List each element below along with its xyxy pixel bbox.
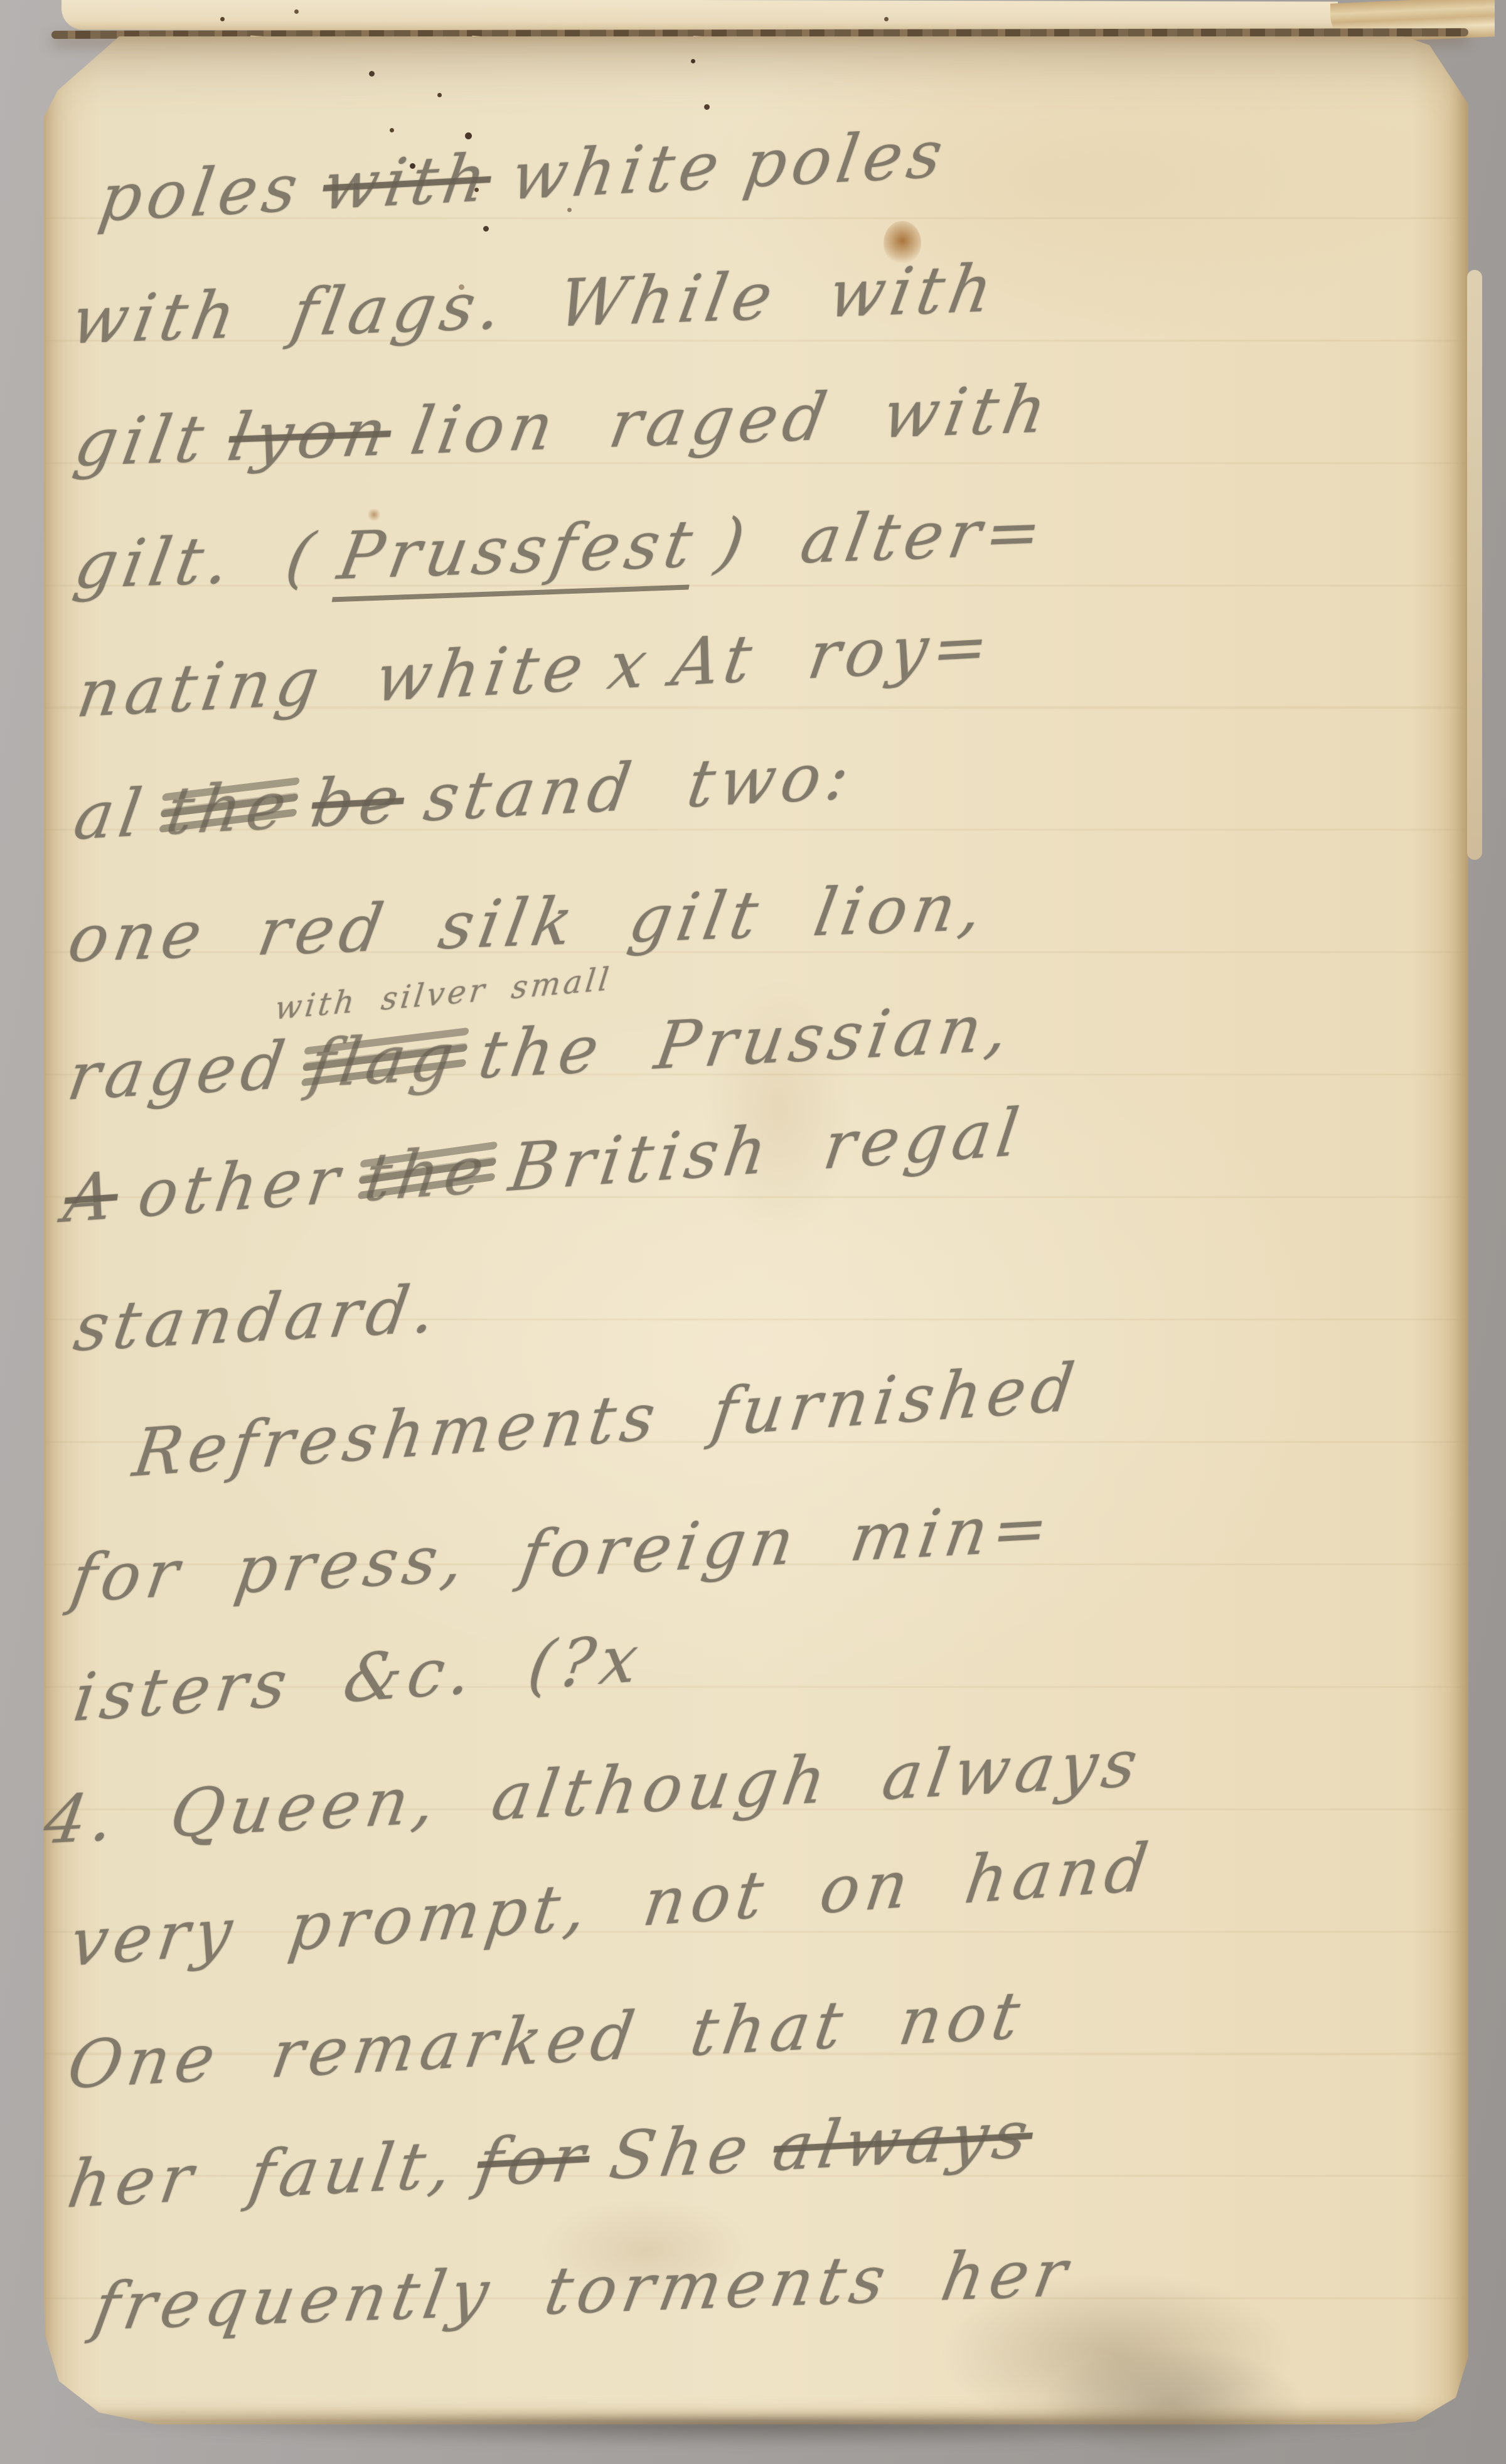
struck-out-word: lyon bbox=[223, 394, 398, 476]
handwritten-word: gilt. ( bbox=[69, 518, 325, 604]
struck-out-word: with bbox=[318, 139, 497, 225]
handwritten-word: with flags. While with bbox=[66, 250, 1004, 359]
handwritten-word: lion raged with bbox=[405, 370, 1058, 469]
handwritten-word: isters &c. (?x bbox=[69, 1619, 648, 1737]
handwritten-line: with flags. While with bbox=[66, 250, 1004, 359]
handwritten-line: Refreshments furnished bbox=[129, 1348, 1084, 1492]
handwritten-line: nating whitexAt roy= bbox=[72, 607, 1000, 732]
handwritten-line: her fault,forShealways bbox=[63, 2095, 1039, 2223]
handwritten-line: AothertheBritish regal bbox=[60, 1093, 1029, 1238]
handwritten-line: gilt. (Prussfest) alter= bbox=[69, 493, 1053, 604]
handwritten-line: althebestand two: bbox=[69, 737, 860, 855]
handwritten-line: one red silk gilt lion, bbox=[63, 868, 994, 977]
handwritten-word: stand two: bbox=[419, 737, 860, 837]
handwritten-line: 4. Queen, although always bbox=[39, 1724, 1148, 1859]
handwritten-word: other bbox=[134, 1140, 350, 1232]
handwritten-word: poles bbox=[739, 115, 953, 203]
handwritten-word: nating white bbox=[72, 628, 594, 732]
handwritten-word: Refreshments furnished bbox=[129, 1348, 1084, 1492]
handwritten-word: raged bbox=[63, 1026, 295, 1115]
handwritten-word: al bbox=[69, 774, 152, 855]
handwriting-layer: poleswithwhitepoleswith flags. While wit… bbox=[0, 0, 1506, 2464]
handwritten-word: British regal bbox=[505, 1093, 1028, 1207]
handwritten-line: giltlyonlion raged with bbox=[69, 370, 1058, 481]
struck-out-word: be bbox=[306, 760, 410, 842]
handwritten-line: isters &c. (?x bbox=[69, 1619, 648, 1737]
handwritten-word: One remarked that not bbox=[63, 1976, 1030, 2104]
handwritten-word: white bbox=[506, 127, 730, 215]
handwritten-word: her fault, bbox=[63, 2125, 463, 2223]
handwritten-line: ragedflagthe Prussian, bbox=[63, 988, 1019, 1115]
handwritten-word: x bbox=[603, 625, 658, 705]
handwritten-word: At roy= bbox=[667, 607, 1000, 701]
struck-out-word: the bbox=[360, 1130, 494, 1216]
handwritten-line: frequently torments her bbox=[88, 2234, 1078, 2345]
handwritten-word: She bbox=[605, 2110, 759, 2195]
handwritten-word: for press, foreign min= bbox=[66, 1489, 1059, 1617]
struck-out-word: for bbox=[472, 2118, 595, 2201]
handwritten-line: very prompt, not on hand bbox=[66, 1828, 1158, 1981]
handwritten-line: One remarked that not bbox=[63, 1976, 1030, 2104]
handwritten-word: gilt bbox=[69, 400, 215, 481]
handwritten-line: poleswithwhitepoles bbox=[94, 115, 953, 237]
handwritten-word: one red silk gilt lion, bbox=[63, 868, 994, 977]
handwritten-word: 4. Queen, although always bbox=[39, 1724, 1148, 1859]
struck-out-word: always bbox=[768, 2095, 1039, 2186]
handwritten-line: for press, foreign min= bbox=[66, 1489, 1059, 1617]
handwritten-word: poles bbox=[94, 149, 308, 237]
handwritten-word: Prussfest bbox=[331, 505, 703, 603]
photograph-of-notebook-page: { "artifact": { "kind": "handwritten pen… bbox=[0, 0, 1506, 2464]
handwritten-word: standard. bbox=[69, 1270, 447, 1366]
handwritten-word: ) alter= bbox=[712, 493, 1053, 581]
struck-out-word: A bbox=[60, 1157, 123, 1238]
handwritten-word: very prompt, not on hand bbox=[66, 1828, 1158, 1981]
handwritten-line: standard. bbox=[69, 1270, 447, 1366]
struck-out-word: the bbox=[161, 766, 297, 850]
handwritten-word: frequently torments her bbox=[88, 2234, 1078, 2345]
handwritten-word: the Prussian, bbox=[474, 988, 1019, 1094]
struck-out-word: flag bbox=[304, 1017, 465, 1103]
